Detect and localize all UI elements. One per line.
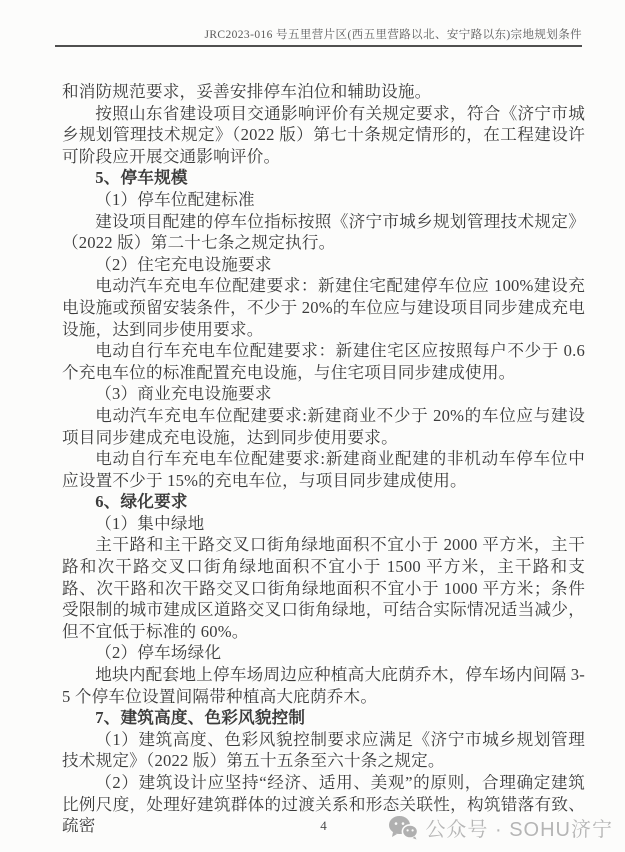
paragraph: 地块内配套地上停车场周边应种植高大庇荫乔木，停车场内间隔 3-5 个停车位设置间… (62, 664, 585, 707)
watermark: 公众号 · SOHU济宁 (388, 813, 613, 842)
paragraph: 按照山东省建设项目交通影响评价有关规定要求，符合《济宁市城乡规划管理技术规定》（… (62, 103, 585, 168)
paragraph: 电动汽车充电车位配建要求:新建商业不少于 20%的车位应与建设项目同步建成充电设… (62, 405, 585, 448)
paragraph: 主干路和主干路交叉口街角绿地面积不宜小于 2000 平方米，主干路和次干路交叉口… (62, 534, 585, 642)
subsection-heading: （2）住宅充电设施要求 (62, 254, 585, 276)
section-heading-greening: 6、绿化要求 (62, 491, 585, 513)
document-body: 和消防规范要求，妥善安排停车泊位和辅助设施。 按照山东省建设项目交通影响评价有关… (62, 81, 585, 837)
subsection-heading: （1）集中绿地 (62, 513, 585, 535)
paragraph: 电动自行车充电车位配建要求：新建住宅区应按照每户不少于 0.6 个充电车位的标准… (62, 340, 585, 383)
header-divider (55, 45, 582, 47)
paragraph: 电动自行车充电车位配建要求:新建商业配建的非机动车停车位中应设置不少于 15%的… (62, 448, 585, 491)
watermark-text: 公众号 · SOHU济宁 (425, 813, 613, 842)
section-heading-building-height: 7、建筑高度、色彩风貌控制 (62, 707, 585, 729)
subsection-heading: （3）商业充电设施要求 (62, 383, 585, 405)
section-heading-parking: 5、停车规模 (62, 167, 585, 189)
document-page: JRC2023-016 号五里营片区(西五里营路以北、安宁路以东)宗地规划条件 … (0, 0, 625, 852)
subsection-heading: （2）停车场绿化 (62, 642, 585, 664)
paragraph: 建设项目配建的停车位指标按照《济宁市城乡规划管理技术规定》（2022 版）第二十… (62, 211, 585, 254)
paragraph: （1）建筑高度、色彩风貌控制要求应满足《济宁市城乡规划管理技术规定》（2022 … (62, 729, 585, 772)
paragraph: 和消防规范要求，妥善安排停车泊位和辅助设施。 (62, 81, 585, 103)
header-document-title: JRC2023-016 号五里营片区(西五里营路以北、安宁路以东)宗地规划条件 (204, 26, 582, 42)
subsection-heading: （1）停车位配建标准 (62, 189, 585, 211)
wechat-icon (388, 815, 418, 840)
paragraph: 电动汽车充电车位配建要求：新建住宅配建停车位应 100%建设充电设施或预留安装条… (62, 275, 585, 340)
